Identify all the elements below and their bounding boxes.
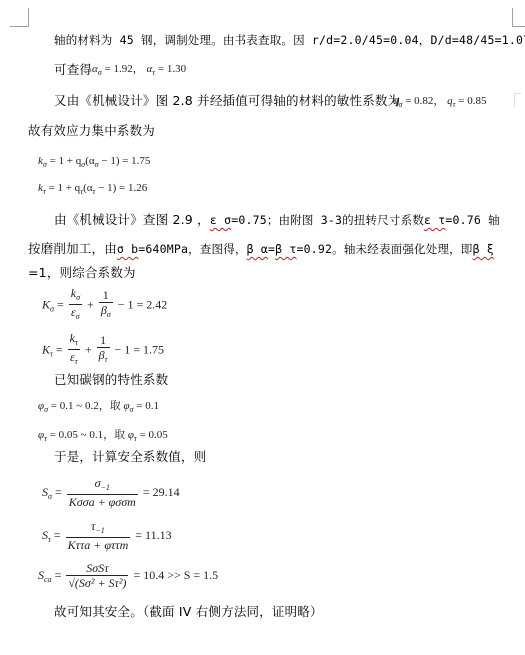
epsilon-tau-spellcheck: ε τ: [424, 213, 445, 227]
paragraph-combined-factor: =1，则综合系数为: [28, 265, 136, 281]
equation-phi-tau: φτ = 0.05 ~ 0.1，取 φτ = 0.05: [38, 426, 168, 443]
fraction-one-over-beta: 1βσ: [99, 289, 113, 322]
epsilon-den-sub: σ: [76, 312, 80, 321]
beta-den-sub: τ: [105, 355, 108, 364]
equation-K-sigma: Kσ = kσεσ + 1βσ − 1 = 2.42: [42, 287, 167, 324]
surface-text-d: =0.92。轴未经表面强化处理，即: [297, 242, 473, 256]
paragraph-safety-calc: 于是，计算安全系数值，则: [54, 449, 206, 465]
alpha-tau-value: = 1.30: [155, 63, 186, 75]
size-factor-text-b: =0.75；由附图 3-3的扭转尺寸系数: [231, 213, 424, 227]
K-symbol: K: [42, 297, 50, 311]
object-anchor-marker: [514, 93, 521, 107]
equation-k-sigma: kσ = 1 + qσ(ασ − 1) = 1.75: [38, 155, 150, 169]
K-sub: σ: [50, 304, 54, 313]
conclusion-text: 故可知其安全。（截面 IV 右侧方法同，证明略）: [54, 604, 323, 619]
carbon-steel-text: 已知碳钢的特性系数: [54, 372, 168, 387]
alpha-values: ασ = 1.92， ατ = 1.30: [92, 60, 186, 77]
beta-xi-spellcheck: β ξ: [473, 242, 494, 256]
phi-range: = 0.05 ~ 0.1，取: [47, 429, 128, 441]
K-sub: τ: [50, 349, 53, 358]
S-sigma-denominator: Kσσa + φσσm: [69, 495, 136, 509]
eq-result: = 29.14: [143, 485, 180, 499]
eq-paren: (α: [85, 155, 94, 167]
paragraph-size-factor: 由《机械设计》查图 2.9 ，ε σ=0.75；由附图 3-3的扭转尺寸系数ε …: [54, 212, 500, 228]
eq-result: = 10.4 >> S = 1.5: [133, 568, 218, 582]
phi-value: = 0.1: [134, 400, 159, 412]
paragraph-carbon-steel: 已知碳钢的特性系数: [54, 372, 168, 388]
eq-rhs: = 1 + q: [46, 182, 80, 194]
paragraph-stress-concentration: 故有效应力集中系数为: [28, 123, 155, 139]
eq-result: − 1 = 1.75: [115, 342, 165, 356]
S-tau-denominator: Kττa + φττm: [68, 538, 129, 552]
paragraph-conclusion: 故可知其安全。（截面 IV 右侧方法同，证明略）: [54, 604, 323, 620]
stress-concentration-text: 故有效应力集中系数为: [28, 123, 155, 138]
eq-result: − 1) = 1.75: [99, 155, 151, 167]
sensitivity-text: 又由《机械设计》图 2.8 并经插值可得轴的材料的敏性系数为: [54, 93, 400, 108]
q-values: qσ = 0.82， qτ = 0.85: [393, 92, 487, 109]
eq-result: = 11.13: [135, 528, 171, 542]
combined-factor-text: =1，则综合系数为: [28, 265, 136, 280]
surface-text-b: =640MPa，查图得，: [138, 242, 246, 256]
equation-K-tau: Kτ = kτετ + 1βτ − 1 = 1.75: [42, 332, 164, 369]
eq-rhs: = 1 + q: [47, 155, 81, 167]
page-corner-top-right: [512, 8, 525, 27]
S-sub: τ: [48, 535, 51, 544]
one-num: 1: [97, 334, 110, 348]
epsilon-sigma-spellcheck: ε σ: [210, 213, 231, 227]
phi-range: = 0.1 ~ 0.2，取: [48, 400, 123, 412]
eq-result: − 1 = 2.42: [118, 297, 168, 311]
fraction-k-over-epsilon: kσεσ: [69, 287, 82, 324]
K-symbol: K: [42, 342, 50, 356]
equation-phi-sigma: φσ = 0.1 ~ 0.2，取 φσ = 0.1: [38, 397, 159, 414]
beta-den-sub: σ: [107, 310, 111, 319]
paragraph-lookup: 可查得: [54, 62, 92, 78]
S-ca-denominator: √(Sσ² + Sτ²): [68, 576, 126, 590]
k-num-sub: τ: [75, 338, 78, 347]
equation-k-tau: kτ = 1 + qτ(ατ − 1) = 1.26: [38, 182, 147, 196]
paragraph-surface-factor: 按磨削加工，由σ b=640MPa，查图得，β α=β τ=0.92。轴未经表面…: [28, 241, 494, 257]
S-sub: ca: [44, 575, 52, 584]
fraction-S-ca: SσSτ√(Sσ² + Sτ²): [66, 562, 128, 590]
safety-calc-text: 于是，计算安全系数值，则: [54, 449, 206, 464]
equation-S-ca: Sca = SσSτ√(Sσ² + Sτ²) = 10.4 >> S = 1.5: [38, 562, 218, 590]
fraction-S-tau: τ−1Kττa + φττm: [66, 520, 131, 552]
fraction-one-over-beta: 1βτ: [97, 334, 110, 367]
k-num-sub: σ: [76, 293, 80, 302]
sigma-num-sub: −1: [101, 483, 110, 492]
tau-num-sub: −1: [95, 526, 104, 535]
surface-text-a: 按磨削加工，由: [28, 241, 117, 256]
S-ca-numerator: SσSτ: [86, 561, 108, 575]
S-sub: σ: [48, 492, 52, 501]
lookup-lead: 可查得: [54, 62, 92, 77]
size-factor-text-c: =0.76 轴: [445, 213, 499, 227]
sigma-b-spellcheck: σ b: [117, 242, 138, 256]
fraction-S-sigma: σ−1Kσσa + φσσm: [67, 477, 138, 509]
paragraph-material: 轴的材料为 45 钢，调制处理。由书表查取。因 r/d=2.0/45=0.04，…: [54, 32, 525, 48]
page-corner-top-left: [10, 8, 29, 27]
q-tau-value: = 0.85: [456, 95, 487, 107]
epsilon-den-sub: τ: [75, 357, 78, 366]
alpha-sigma-value: = 1.92，: [102, 63, 144, 75]
eq-result: − 1) = 1.26: [95, 182, 147, 194]
beta-tau-spellcheck: β τ: [275, 242, 296, 256]
paragraph-material-text: 轴的材料为 45 钢，调制处理。由书表查取。因 r/d=2.0/45=0.04，…: [54, 33, 525, 47]
size-factor-text-a: 由《机械设计》查图 2.9 ，: [54, 212, 210, 227]
beta-alpha-spellcheck: β α: [247, 242, 268, 256]
equation-S-sigma: Sσ = σ−1Kσσa + φσσm = 29.14: [42, 477, 180, 509]
one-num: 1: [99, 289, 113, 303]
equation-S-tau: Sτ = τ−1Kττa + φττm = 11.13: [42, 520, 172, 552]
fraction-k-over-epsilon: kτετ: [68, 332, 80, 369]
paragraph-sensitivity: 又由《机械设计》图 2.8 并经插值可得轴的材料的敏性系数为: [54, 93, 400, 109]
q-sigma-value: = 0.82，: [402, 95, 444, 107]
eq-paren: (α: [83, 182, 92, 194]
phi-value: = 0.05: [137, 429, 168, 441]
